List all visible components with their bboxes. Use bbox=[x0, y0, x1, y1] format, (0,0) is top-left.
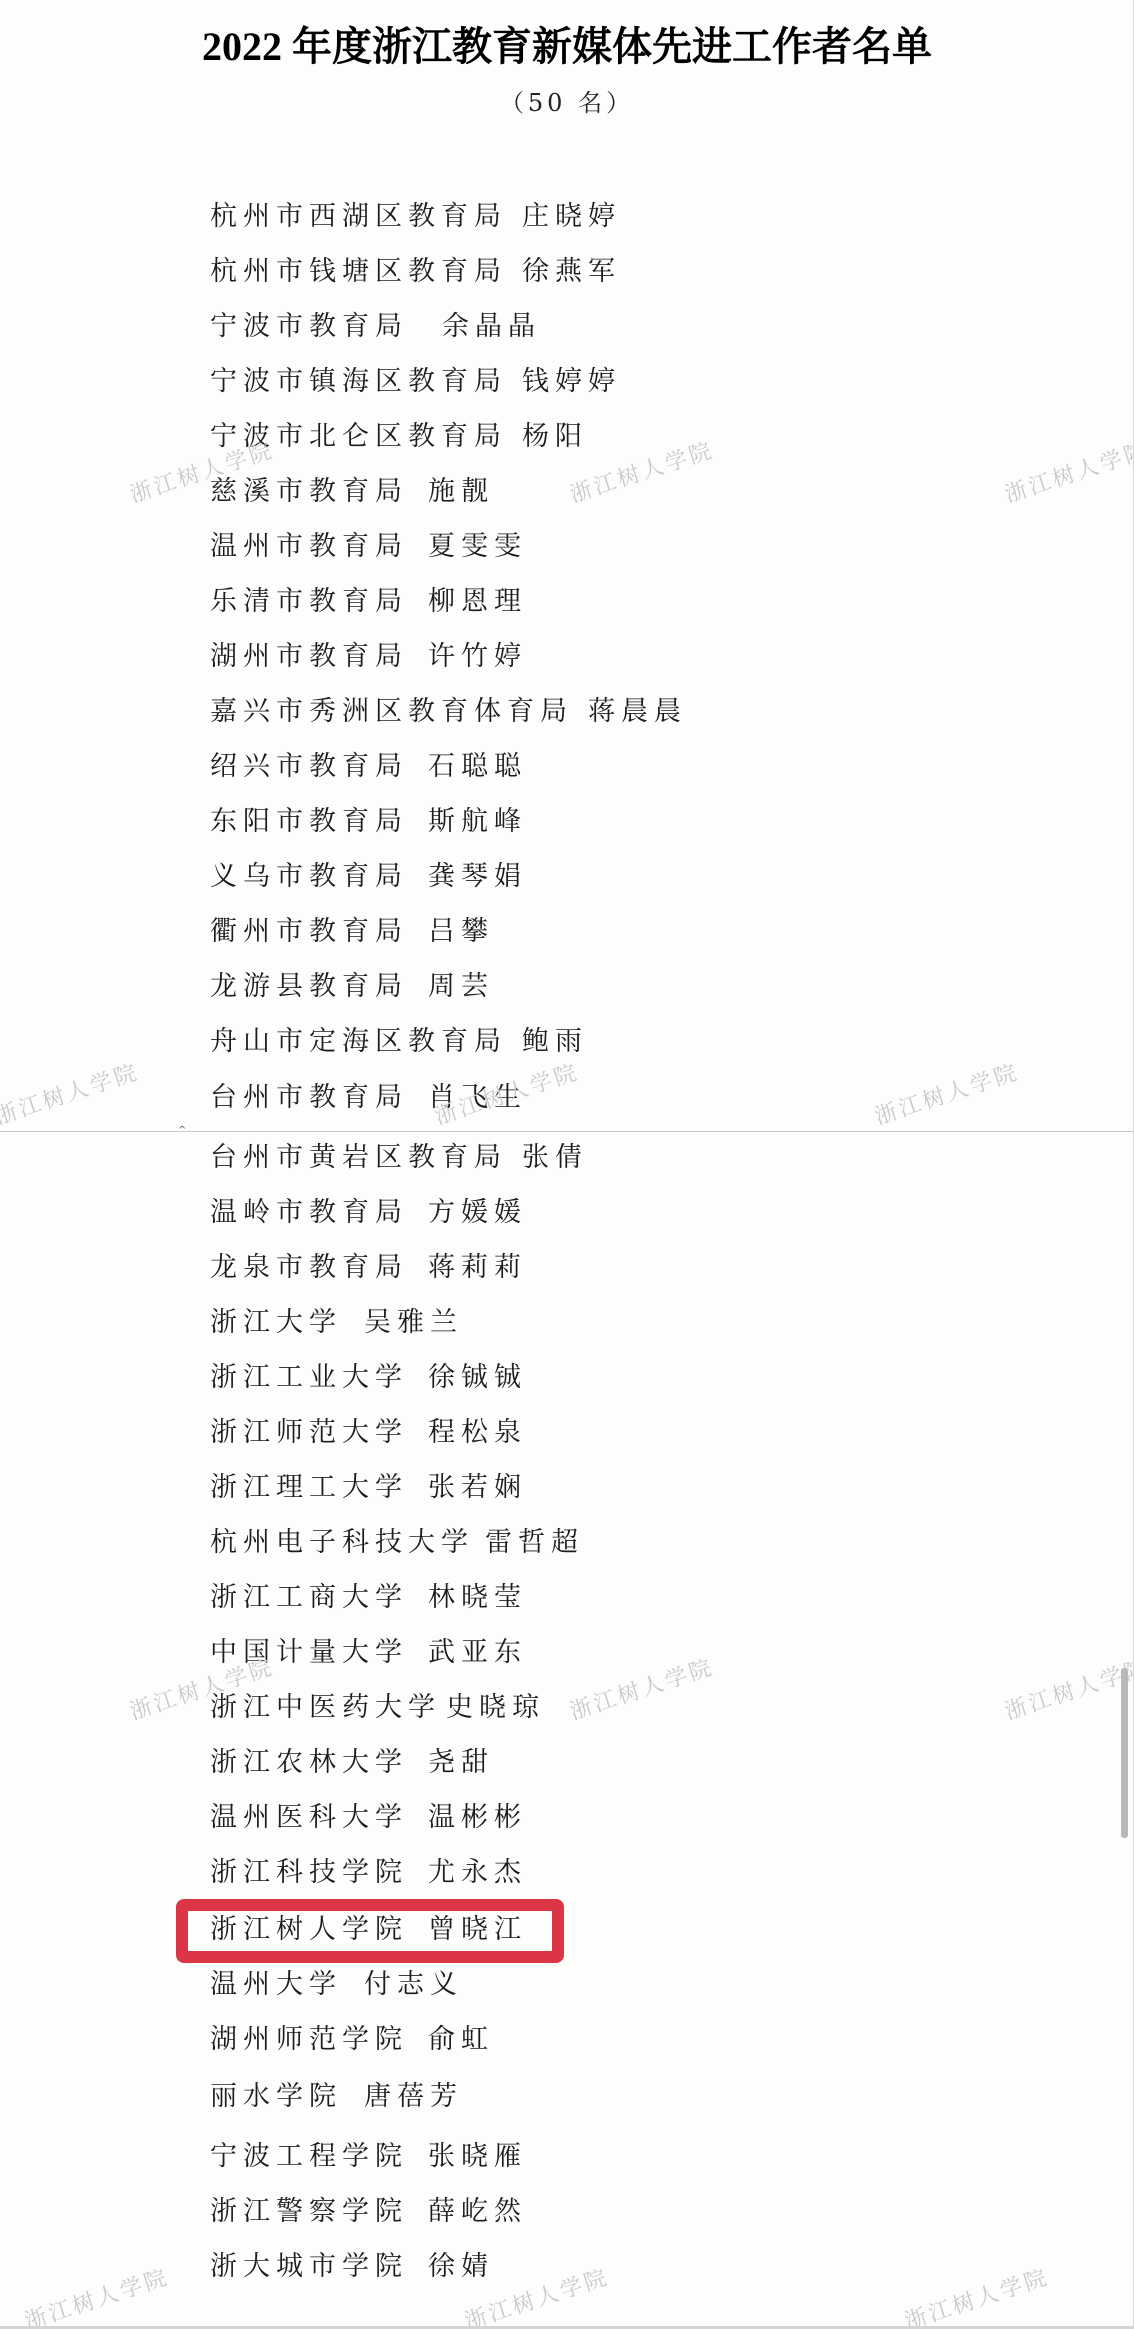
organization-name: 宁波工程学院 bbox=[210, 2137, 408, 2177]
organization-name: 浙江警察学院 bbox=[210, 2192, 408, 2232]
list-item: 衢州市教育局吕攀 bbox=[210, 912, 408, 952]
organization-name: 温州医科大学 bbox=[210, 1798, 408, 1838]
organization-name: 温州市教育局 bbox=[210, 527, 408, 567]
organization-name: 浙江科技学院 bbox=[210, 1853, 408, 1893]
list-item: 东阳市教育局斯航峰 bbox=[210, 802, 408, 842]
person-name: 俞虹 bbox=[428, 2020, 494, 2060]
list-item: 龙游县教育局周芸 bbox=[210, 967, 408, 1007]
person-name: 钱婷婷 bbox=[522, 362, 621, 402]
person-name: 方媛媛 bbox=[428, 1193, 527, 1233]
person-name: 张若娴 bbox=[428, 1468, 527, 1508]
list-item: 舟山市定海区教育局鲍雨 bbox=[210, 1022, 507, 1062]
organization-name: 浙江工业大学 bbox=[210, 1358, 408, 1398]
list-item: 浙江理工大学张若娴 bbox=[210, 1468, 408, 1508]
document-title: 2022 年度浙江教育新媒体先进工作者名单 bbox=[0, 22, 1134, 72]
scrollbar-thumb[interactable] bbox=[1121, 1668, 1128, 1838]
person-name: 周芸 bbox=[428, 967, 494, 1007]
organization-name: 浙江工商大学 bbox=[210, 1578, 408, 1618]
organization-name: 浙江农林大学 bbox=[210, 1743, 408, 1783]
list-item: 温州市教育局夏雯雯 bbox=[210, 527, 408, 567]
list-item: 浙江中医药大学史晓琼 bbox=[210, 1688, 441, 1728]
person-name: 武亚东 bbox=[428, 1633, 527, 1673]
document-subtitle: （50 名） bbox=[0, 88, 1134, 118]
person-name: 夏雯雯 bbox=[428, 527, 527, 567]
organization-name: 义乌市教育局 bbox=[210, 857, 408, 897]
watermark-text: 浙江树人学院 bbox=[1000, 1650, 1134, 1726]
organization-name: 嘉兴市秀洲区教育体育局 bbox=[210, 692, 573, 732]
watermark-text: 浙江树人学院 bbox=[0, 1055, 143, 1131]
person-name: 杨阳 bbox=[522, 417, 588, 457]
list-item: 宁波市教育局余晶晶 bbox=[210, 307, 408, 347]
list-item: 杭州电子科技大学雷哲超 bbox=[210, 1523, 474, 1563]
list-item: 浙江工业大学徐铖铖 bbox=[210, 1358, 408, 1398]
organization-name: 浙江大学 bbox=[210, 1303, 342, 1343]
page-break-mark: ^ bbox=[178, 1126, 186, 1136]
person-name: 吕攀 bbox=[428, 912, 494, 952]
list-item: 浙江警察学院薛屹然 bbox=[210, 2192, 408, 2232]
list-item: 湖州师范学院俞虹 bbox=[210, 2020, 408, 2060]
person-name: 庄晓婷 bbox=[522, 197, 621, 237]
list-item: 浙江工商大学林晓莹 bbox=[210, 1578, 408, 1618]
organization-name: 杭州电子科技大学 bbox=[210, 1523, 474, 1563]
organization-name: 温州大学 bbox=[210, 1965, 342, 2005]
person-name: 吴雅兰 bbox=[364, 1303, 463, 1343]
person-name: 许竹婷 bbox=[428, 637, 527, 677]
list-item: 浙江师范大学程松泉 bbox=[210, 1413, 408, 1453]
list-item: 宁波市镇海区教育局钱婷婷 bbox=[210, 362, 507, 402]
person-name: 林晓莹 bbox=[428, 1578, 527, 1618]
person-name: 付志义 bbox=[364, 1965, 463, 2005]
organization-name: 宁波市北仑区教育局 bbox=[210, 417, 507, 457]
person-name: 施靓 bbox=[428, 472, 494, 512]
list-item: 绍兴市教育局石聪聪 bbox=[210, 747, 408, 787]
list-item: 乐清市教育局柳恩理 bbox=[210, 582, 408, 622]
person-name: 徐婧 bbox=[428, 2247, 494, 2287]
watermark-text: 浙江树人学院 bbox=[565, 1650, 717, 1726]
list-item: 浙江科技学院尤永杰 bbox=[210, 1853, 408, 1893]
organization-name: 杭州市西湖区教育局 bbox=[210, 197, 507, 237]
person-name: 肖飞生 bbox=[428, 1078, 527, 1118]
watermark-text: 浙江树人学院 bbox=[1000, 433, 1134, 509]
watermark-text: 浙江树人学院 bbox=[900, 2260, 1052, 2329]
organization-name: 舟山市定海区教育局 bbox=[210, 1022, 507, 1062]
person-name: 温彬彬 bbox=[428, 1798, 527, 1838]
list-item: 温州大学付志义 bbox=[210, 1965, 342, 2005]
person-name: 雷哲超 bbox=[485, 1523, 584, 1563]
organization-name: 浙江中医药大学 bbox=[210, 1688, 441, 1728]
list-item: 宁波工程学院张晓雁 bbox=[210, 2137, 408, 2177]
organization-name: 台州市教育局 bbox=[210, 1078, 408, 1118]
list-item: 浙江大学吴雅兰 bbox=[210, 1303, 342, 1343]
person-name: 龚琴娟 bbox=[428, 857, 527, 897]
person-name: 蒋莉莉 bbox=[428, 1248, 527, 1288]
list-item: 温州医科大学温彬彬 bbox=[210, 1798, 408, 1838]
organization-name: 浙江师范大学 bbox=[210, 1413, 408, 1453]
list-item: 龙泉市教育局蒋莉莉 bbox=[210, 1248, 408, 1288]
watermark-text: 浙江树人学院 bbox=[565, 433, 717, 509]
person-name: 尧甜 bbox=[428, 1743, 494, 1783]
organization-name: 宁波市镇海区教育局 bbox=[210, 362, 507, 402]
organization-name: 乐清市教育局 bbox=[210, 582, 408, 622]
organization-name: 浙大城市学院 bbox=[210, 2247, 408, 2287]
list-item: 义乌市教育局龚琴娟 bbox=[210, 857, 408, 897]
list-item: 湖州市教育局许竹婷 bbox=[210, 637, 408, 677]
organization-name: 湖州市教育局 bbox=[210, 637, 408, 677]
list-item: 温岭市教育局方媛媛 bbox=[210, 1193, 408, 1233]
list-item: 杭州市钱塘区教育局徐燕军 bbox=[210, 252, 507, 292]
watermark-text: 浙江树人学院 bbox=[870, 1055, 1022, 1131]
list-item: 丽水学院唐蓓芳 bbox=[210, 2077, 342, 2117]
organization-name: 慈溪市教育局 bbox=[210, 472, 408, 512]
organization-name: 龙泉市教育局 bbox=[210, 1248, 408, 1288]
list-item: 杭州市西湖区教育局庄晓婷 bbox=[210, 197, 507, 237]
organization-name: 杭州市钱塘区教育局 bbox=[210, 252, 507, 292]
person-name: 程松泉 bbox=[428, 1413, 527, 1453]
person-name: 蒋晨晨 bbox=[588, 692, 687, 732]
person-name: 尤永杰 bbox=[428, 1853, 527, 1893]
person-name: 张晓雁 bbox=[428, 2137, 527, 2177]
list-item: 台州市黄岩区教育局张倩 bbox=[210, 1138, 507, 1178]
list-item: 浙江农林大学尧甜 bbox=[210, 1743, 408, 1783]
person-name: 鲍雨 bbox=[522, 1022, 588, 1062]
organization-name: 湖州师范学院 bbox=[210, 2020, 408, 2060]
person-name: 唐蓓芳 bbox=[364, 2077, 463, 2117]
organization-name: 东阳市教育局 bbox=[210, 802, 408, 842]
person-name: 史晓琼 bbox=[446, 1688, 545, 1728]
organization-name: 绍兴市教育局 bbox=[210, 747, 408, 787]
organization-name: 丽水学院 bbox=[210, 2077, 342, 2117]
highlight-box bbox=[176, 1899, 564, 1963]
person-name: 薛屹然 bbox=[428, 2192, 527, 2232]
person-name: 斯航峰 bbox=[428, 802, 527, 842]
person-name: 徐燕军 bbox=[522, 252, 621, 292]
list-item: 嘉兴市秀洲区教育体育局蒋晨晨 bbox=[210, 692, 573, 732]
watermark-text: 浙江树人学院 bbox=[20, 2260, 172, 2329]
person-name: 徐铖铖 bbox=[428, 1358, 527, 1398]
page-break-divider bbox=[0, 1131, 1134, 1132]
organization-name: 宁波市教育局 bbox=[210, 307, 408, 347]
person-name: 柳恩理 bbox=[428, 582, 527, 622]
list-item: 慈溪市教育局施靓 bbox=[210, 472, 408, 512]
organization-name: 台州市黄岩区教育局 bbox=[210, 1138, 507, 1178]
list-item: 浙大城市学院徐婧 bbox=[210, 2247, 408, 2287]
organization-name: 衢州市教育局 bbox=[210, 912, 408, 952]
organization-name: 龙游县教育局 bbox=[210, 967, 408, 1007]
organization-name: 温岭市教育局 bbox=[210, 1193, 408, 1233]
person-name: 石聪聪 bbox=[428, 747, 527, 787]
person-name: 余晶晶 bbox=[442, 307, 541, 347]
organization-name: 中国计量大学 bbox=[210, 1633, 408, 1673]
list-item: 台州市教育局肖飞生 bbox=[210, 1078, 408, 1118]
person-name: 张倩 bbox=[522, 1138, 588, 1178]
list-item: 宁波市北仑区教育局杨阳 bbox=[210, 417, 507, 457]
organization-name: 浙江理工大学 bbox=[210, 1468, 408, 1508]
scrollbar-track[interactable] bbox=[1120, 0, 1134, 2329]
list-item: 中国计量大学武亚东 bbox=[210, 1633, 408, 1673]
